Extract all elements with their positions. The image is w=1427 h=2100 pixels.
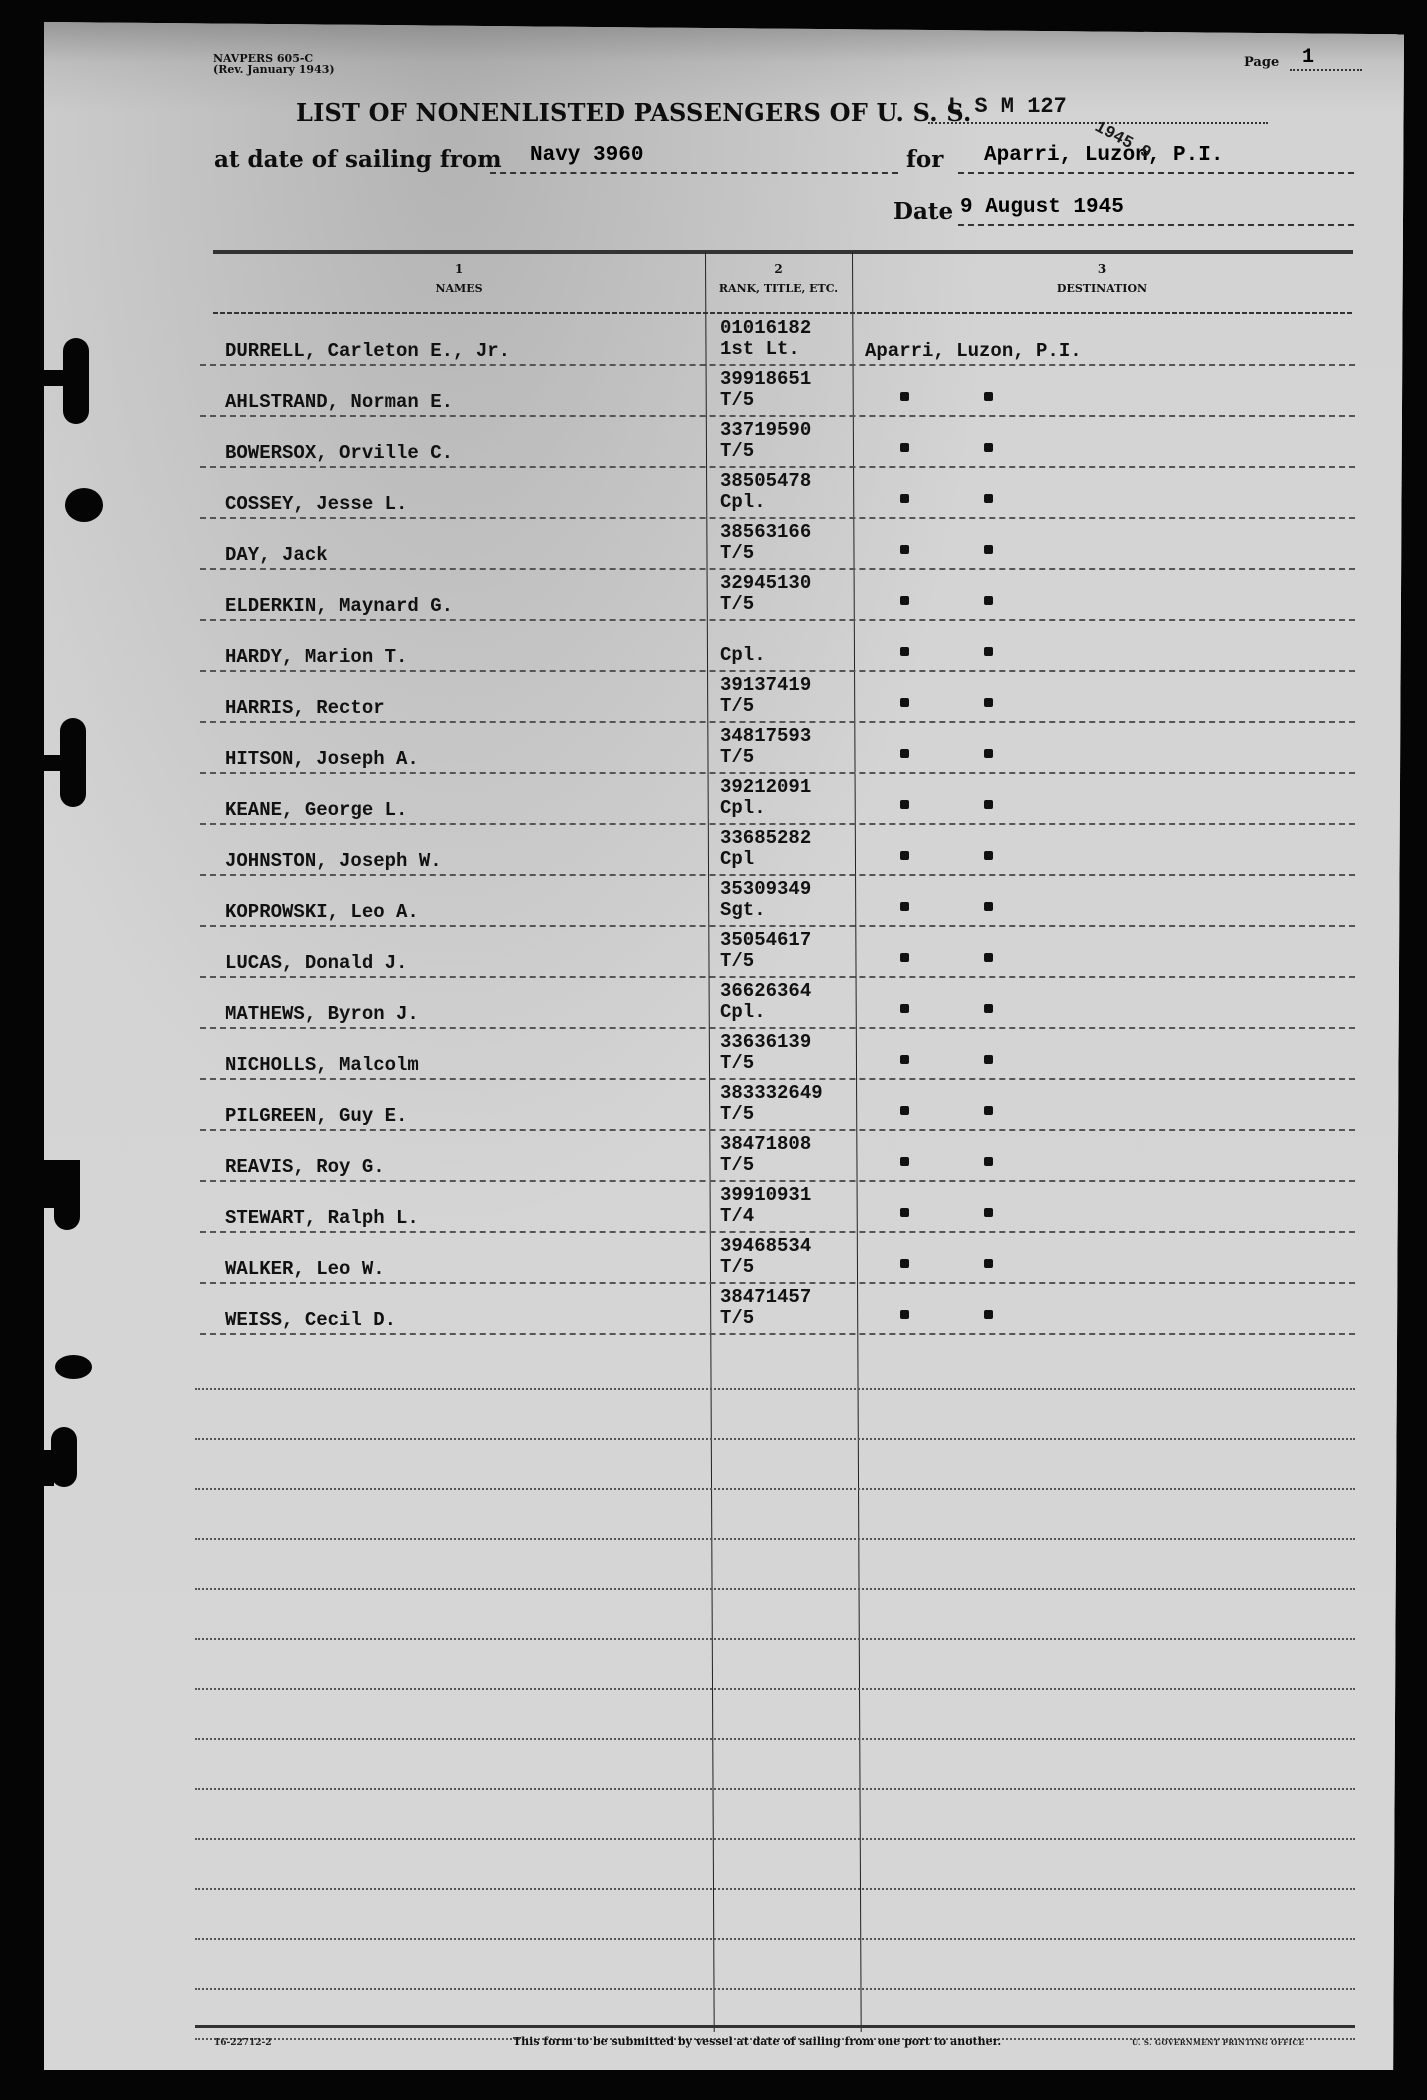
rank-cell: 38471457 T/5 (720, 1287, 811, 1329)
ditto-mark-icon (984, 545, 993, 554)
serial-number: 39918651 (720, 369, 811, 390)
ditto-mark-icon (984, 851, 993, 860)
ditto-mark-icon (984, 494, 993, 503)
blank-row (195, 1640, 1355, 1690)
serial-number: 01016182 (720, 318, 811, 339)
ditto-mark-icon (900, 953, 909, 962)
ditto-mark-icon (984, 902, 993, 911)
ditto-mark-icon (900, 1106, 909, 1115)
serial-number: 36626364 (720, 981, 811, 1002)
ditto-mark-icon (900, 902, 909, 911)
blank-row (195, 1690, 1355, 1740)
passenger-name: JOHNSTON, Joseph W. (225, 850, 442, 872)
ditto-mark-icon (984, 1055, 993, 1064)
binder-slot-neck-icon (40, 370, 74, 386)
ditto-mark-icon (984, 443, 993, 452)
sailing-from-value: Navy 3960 (530, 144, 643, 167)
column-number: 2 (705, 262, 852, 276)
sailing-from-field: Navy 3960 (490, 144, 898, 174)
date-value: 9 August 1945 (960, 196, 1124, 219)
rank: T/5 (720, 1308, 811, 1329)
serial-number: 39137419 (720, 675, 811, 696)
blank-row (195, 1790, 1355, 1840)
blank-row (195, 1990, 1355, 2040)
rank-cell: 33685282 Cpl (720, 828, 811, 870)
ditto-mark-icon (900, 851, 909, 860)
destination-port-field: Aparri, Luzon, P.I. (958, 144, 1354, 174)
ditto-mark-icon (984, 749, 993, 758)
table-row: WEISS, Cecil D. 38471457 T/5 (200, 1284, 1355, 1335)
ditto-mark-icon (900, 749, 909, 758)
rank-cell: 39468534 T/5 (720, 1236, 811, 1278)
blank-row (195, 1540, 1355, 1590)
passenger-name: HARRIS, Rector (225, 697, 385, 719)
ditto-mark-icon (900, 443, 909, 452)
rank: T/5 (720, 1155, 811, 1176)
date-field: 9 August 1945 (958, 196, 1354, 226)
table-row: REAVIS, Roy G. 38471808 T/5 (200, 1131, 1355, 1182)
ditto-mark-icon (900, 1157, 909, 1166)
for-label: for (906, 146, 943, 173)
serial-number: 39212091 (720, 777, 811, 798)
table-row: DURRELL, Carleton E., Jr. 01016182 1st L… (200, 315, 1355, 366)
header-rule (213, 250, 1353, 254)
rank-cell: 38563166 T/5 (720, 522, 811, 564)
ditto-mark-icon (900, 1208, 909, 1217)
column-header-names: 1 NAMES (213, 262, 705, 295)
rank-cell: 39918651 T/5 (720, 369, 811, 411)
header-bottom-rule (213, 312, 1353, 314)
serial-number: 38563166 (720, 522, 811, 543)
ditto-mark-icon (984, 647, 993, 656)
table-row: HARRIS, Rector 39137419 T/5 (200, 672, 1355, 723)
ditto-mark-icon (900, 545, 909, 554)
passenger-name: COSSEY, Jesse L. (225, 493, 407, 515)
blank-row (195, 1490, 1355, 1540)
passenger-name: KEANE, George L. (225, 799, 407, 821)
rank: Cpl. (720, 645, 766, 666)
serial-number: 39468534 (720, 1236, 811, 1257)
column-label: RANK, TITLE, ETC. (705, 282, 852, 295)
blank-row (195, 1840, 1355, 1890)
passenger-name: REAVIS, Roy G. (225, 1156, 385, 1178)
blank-row (195, 1340, 1355, 1390)
passenger-name: WEISS, Cecil D. (225, 1309, 396, 1331)
ditto-mark-icon (984, 698, 993, 707)
ditto-mark-icon (984, 392, 993, 401)
ditto-mark-icon (900, 1259, 909, 1268)
table-row: WALKER, Leo W. 39468534 T/5 (200, 1233, 1355, 1284)
blank-row (195, 1440, 1355, 1490)
passenger-name: MATHEWS, Byron J. (225, 1003, 419, 1025)
rank: 1st Lt. (720, 339, 811, 360)
table-row: MATHEWS, Byron J. 36626364 Cpl. (200, 978, 1355, 1029)
rank: Sgt. (720, 900, 811, 921)
serial-number: 34817593 (720, 726, 811, 747)
table-row: AHLSTRAND, Norman E. 39918651 T/5 (200, 366, 1355, 417)
ditto-mark-icon (900, 647, 909, 656)
rank: Cpl. (720, 492, 811, 513)
column-number: 1 (213, 262, 705, 276)
passenger-name: AHLSTRAND, Norman E. (225, 391, 453, 413)
passenger-name: DURRELL, Carleton E., Jr. (225, 340, 510, 362)
serial-number: 39910931 (720, 1185, 811, 1206)
passenger-name: WALKER, Leo W. (225, 1258, 385, 1280)
ditto-mark-icon (900, 1310, 909, 1319)
serial-number: 38471457 (720, 1287, 811, 1308)
rank: T/5 (720, 747, 811, 768)
page-label: Page (1244, 55, 1279, 70)
column-header-destination: 3 DESTINATION (852, 262, 1352, 295)
scan-border-top (0, 0, 1427, 22)
rank: Cpl. (720, 798, 811, 819)
column-label: NAMES (213, 282, 705, 295)
rank: T/5 (720, 390, 811, 411)
passenger-name: PILGREEN, Guy E. (225, 1105, 407, 1127)
serial-number: 383332649 (720, 1083, 823, 1104)
serial-number: 38505478 (720, 471, 811, 492)
serial-number: 35054617 (720, 930, 811, 951)
table-row: HARDY, Marion T. Cpl. (200, 621, 1355, 672)
ditto-mark-icon (900, 494, 909, 503)
footer-note: This form to be submitted by vessel at d… (513, 2035, 1001, 2048)
blank-row (195, 1740, 1355, 1790)
rank: T/5 (720, 696, 811, 717)
rank: T/5 (720, 594, 811, 615)
passenger-table: DURRELL, Carleton E., Jr. 01016182 1st L… (200, 315, 1355, 1335)
punch-hole-icon (65, 488, 103, 522)
ditto-mark-icon (900, 392, 909, 401)
rank-cell: 36626364 Cpl. (720, 981, 811, 1023)
ditto-mark-icon (984, 596, 993, 605)
ditto-mark-icon (900, 698, 909, 707)
passenger-name: LUCAS, Donald J. (225, 952, 407, 974)
table-row: NICHOLLS, Malcolm 33636139 T/5 (200, 1029, 1355, 1080)
rank-cell: 383332649 T/5 (720, 1083, 823, 1125)
footer-printer: U. S. GOVERNMENT PRINTING OFFICE (1132, 2038, 1304, 2047)
rank: T/5 (720, 951, 811, 972)
binder-slot-neck-icon (24, 1450, 54, 1486)
ditto-mark-icon (984, 1208, 993, 1217)
rank-cell: Cpl. (720, 645, 766, 666)
serial-number: 35309349 (720, 879, 811, 900)
ditto-mark-icon (984, 1157, 993, 1166)
ditto-mark-icon (984, 1259, 993, 1268)
rank-cell: 38505478 Cpl. (720, 471, 811, 513)
ditto-mark-icon (900, 596, 909, 605)
binder-slot-neck-icon (30, 1160, 80, 1208)
serial-number: 33636139 (720, 1032, 811, 1053)
blank-table-rows (195, 1340, 1355, 2040)
rank: T/5 (720, 1053, 811, 1074)
passenger-name: HITSON, Joseph A. (225, 748, 419, 770)
passenger-name: NICHOLLS, Malcolm (225, 1054, 419, 1076)
destination-cell: Aparri, Luzon, P.I. (865, 340, 1082, 362)
rank-cell: 35054617 T/5 (720, 930, 811, 972)
column-header-rank: 2 RANK, TITLE, ETC. (705, 262, 852, 295)
form-revision: (Rev. January 1943) (213, 64, 335, 75)
serial-number: 32945130 (720, 573, 811, 594)
ditto-mark-icon (900, 1055, 909, 1064)
scan-border-left (0, 0, 44, 2100)
serial-number: 33685282 (720, 828, 811, 849)
rank: Cpl. (720, 1002, 811, 1023)
table-row: ELDERKIN, Maynard G. 32945130 T/5 (200, 570, 1355, 621)
table-row: KEANE, George L. 39212091 Cpl. (200, 774, 1355, 825)
passenger-name: BOWERSOX, Orville C. (225, 442, 453, 464)
ditto-mark-icon (984, 953, 993, 962)
table-row: PILGREEN, Guy E. 383332649 T/5 (200, 1080, 1355, 1131)
rank-cell: 33719590 T/5 (720, 420, 811, 462)
blank-row (195, 1590, 1355, 1640)
ditto-mark-icon (984, 1004, 993, 1013)
blank-row (195, 1390, 1355, 1440)
scan-border-bottom (0, 2070, 1427, 2100)
rank-cell: 39212091 Cpl. (720, 777, 811, 819)
binder-slot-icon (51, 1427, 77, 1487)
rank-cell: 34817593 T/5 (720, 726, 811, 768)
destination-port-value: Aparri, Luzon, P.I. (984, 144, 1223, 167)
rank-cell: 35309349 Sgt. (720, 879, 811, 921)
rank: T/4 (720, 1206, 811, 1227)
rank-cell: 01016182 1st Lt. (720, 318, 811, 360)
ship-name: L S M 127 (948, 94, 1067, 119)
ditto-mark-icon (984, 1310, 993, 1319)
rank: T/5 (720, 441, 811, 462)
column-number: 3 (852, 262, 1352, 276)
passenger-name: HARDY, Marion T. (225, 646, 407, 668)
table-row: STEWART, Ralph L. 39910931 T/4 (200, 1182, 1355, 1233)
column-label: DESTINATION (852, 282, 1352, 295)
table-row: JOHNSTON, Joseph W. 33685282 Cpl (200, 825, 1355, 876)
rank-cell: 33636139 T/5 (720, 1032, 811, 1074)
footer-code: 16-22712-2 (214, 2038, 272, 2048)
sailing-from-label: at date of sailing from (214, 146, 502, 173)
date-label: Date (893, 198, 953, 225)
serial-number: 33719590 (720, 420, 811, 441)
ditto-mark-icon (984, 800, 993, 809)
table-row: COSSEY, Jesse L. 38505478 Cpl. (200, 468, 1355, 519)
table-row: KOPROWSKI, Leo A. 35309349 Sgt. (200, 876, 1355, 927)
rank-cell: 32945130 T/5 (720, 573, 811, 615)
table-row: BOWERSOX, Orville C. 33719590 T/5 (200, 417, 1355, 468)
rank-cell: 38471808 T/5 (720, 1134, 811, 1176)
blank-row (195, 1940, 1355, 1990)
binder-slot-neck-icon (38, 755, 68, 771)
punch-hole-icon (55, 1355, 92, 1379)
rank-cell: 39137419 T/5 (720, 675, 811, 717)
blank-row (195, 1890, 1355, 1940)
serial-number: 38471808 (720, 1134, 811, 1155)
rank-cell: 39910931 T/4 (720, 1185, 811, 1227)
table-row: HITSON, Joseph A. 34817593 T/5 (200, 723, 1355, 774)
table-row: LUCAS, Donald J. 35054617 T/5 (200, 927, 1355, 978)
passenger-name: DAY, Jack (225, 544, 328, 566)
footer-rule (195, 2025, 1355, 2028)
rank: T/5 (720, 1257, 811, 1278)
ditto-mark-icon (900, 1004, 909, 1013)
form-identifier: NAVPERS 605-C (Rev. January 1943) (213, 53, 335, 75)
rank: Cpl (720, 849, 811, 870)
rank: T/5 (720, 1104, 823, 1125)
passenger-name: STEWART, Ralph L. (225, 1207, 419, 1229)
ditto-mark-icon (984, 1106, 993, 1115)
ditto-mark-icon (900, 800, 909, 809)
passenger-name: KOPROWSKI, Leo A. (225, 901, 419, 923)
page-title: LIST OF NONENLISTED PASSENGERS OF U. S. … (296, 98, 972, 127)
passenger-name: ELDERKIN, Maynard G. (225, 595, 453, 617)
table-row: DAY, Jack 38563166 T/5 (200, 519, 1355, 570)
page-number: 1 (1290, 46, 1362, 71)
rank: T/5 (720, 543, 811, 564)
